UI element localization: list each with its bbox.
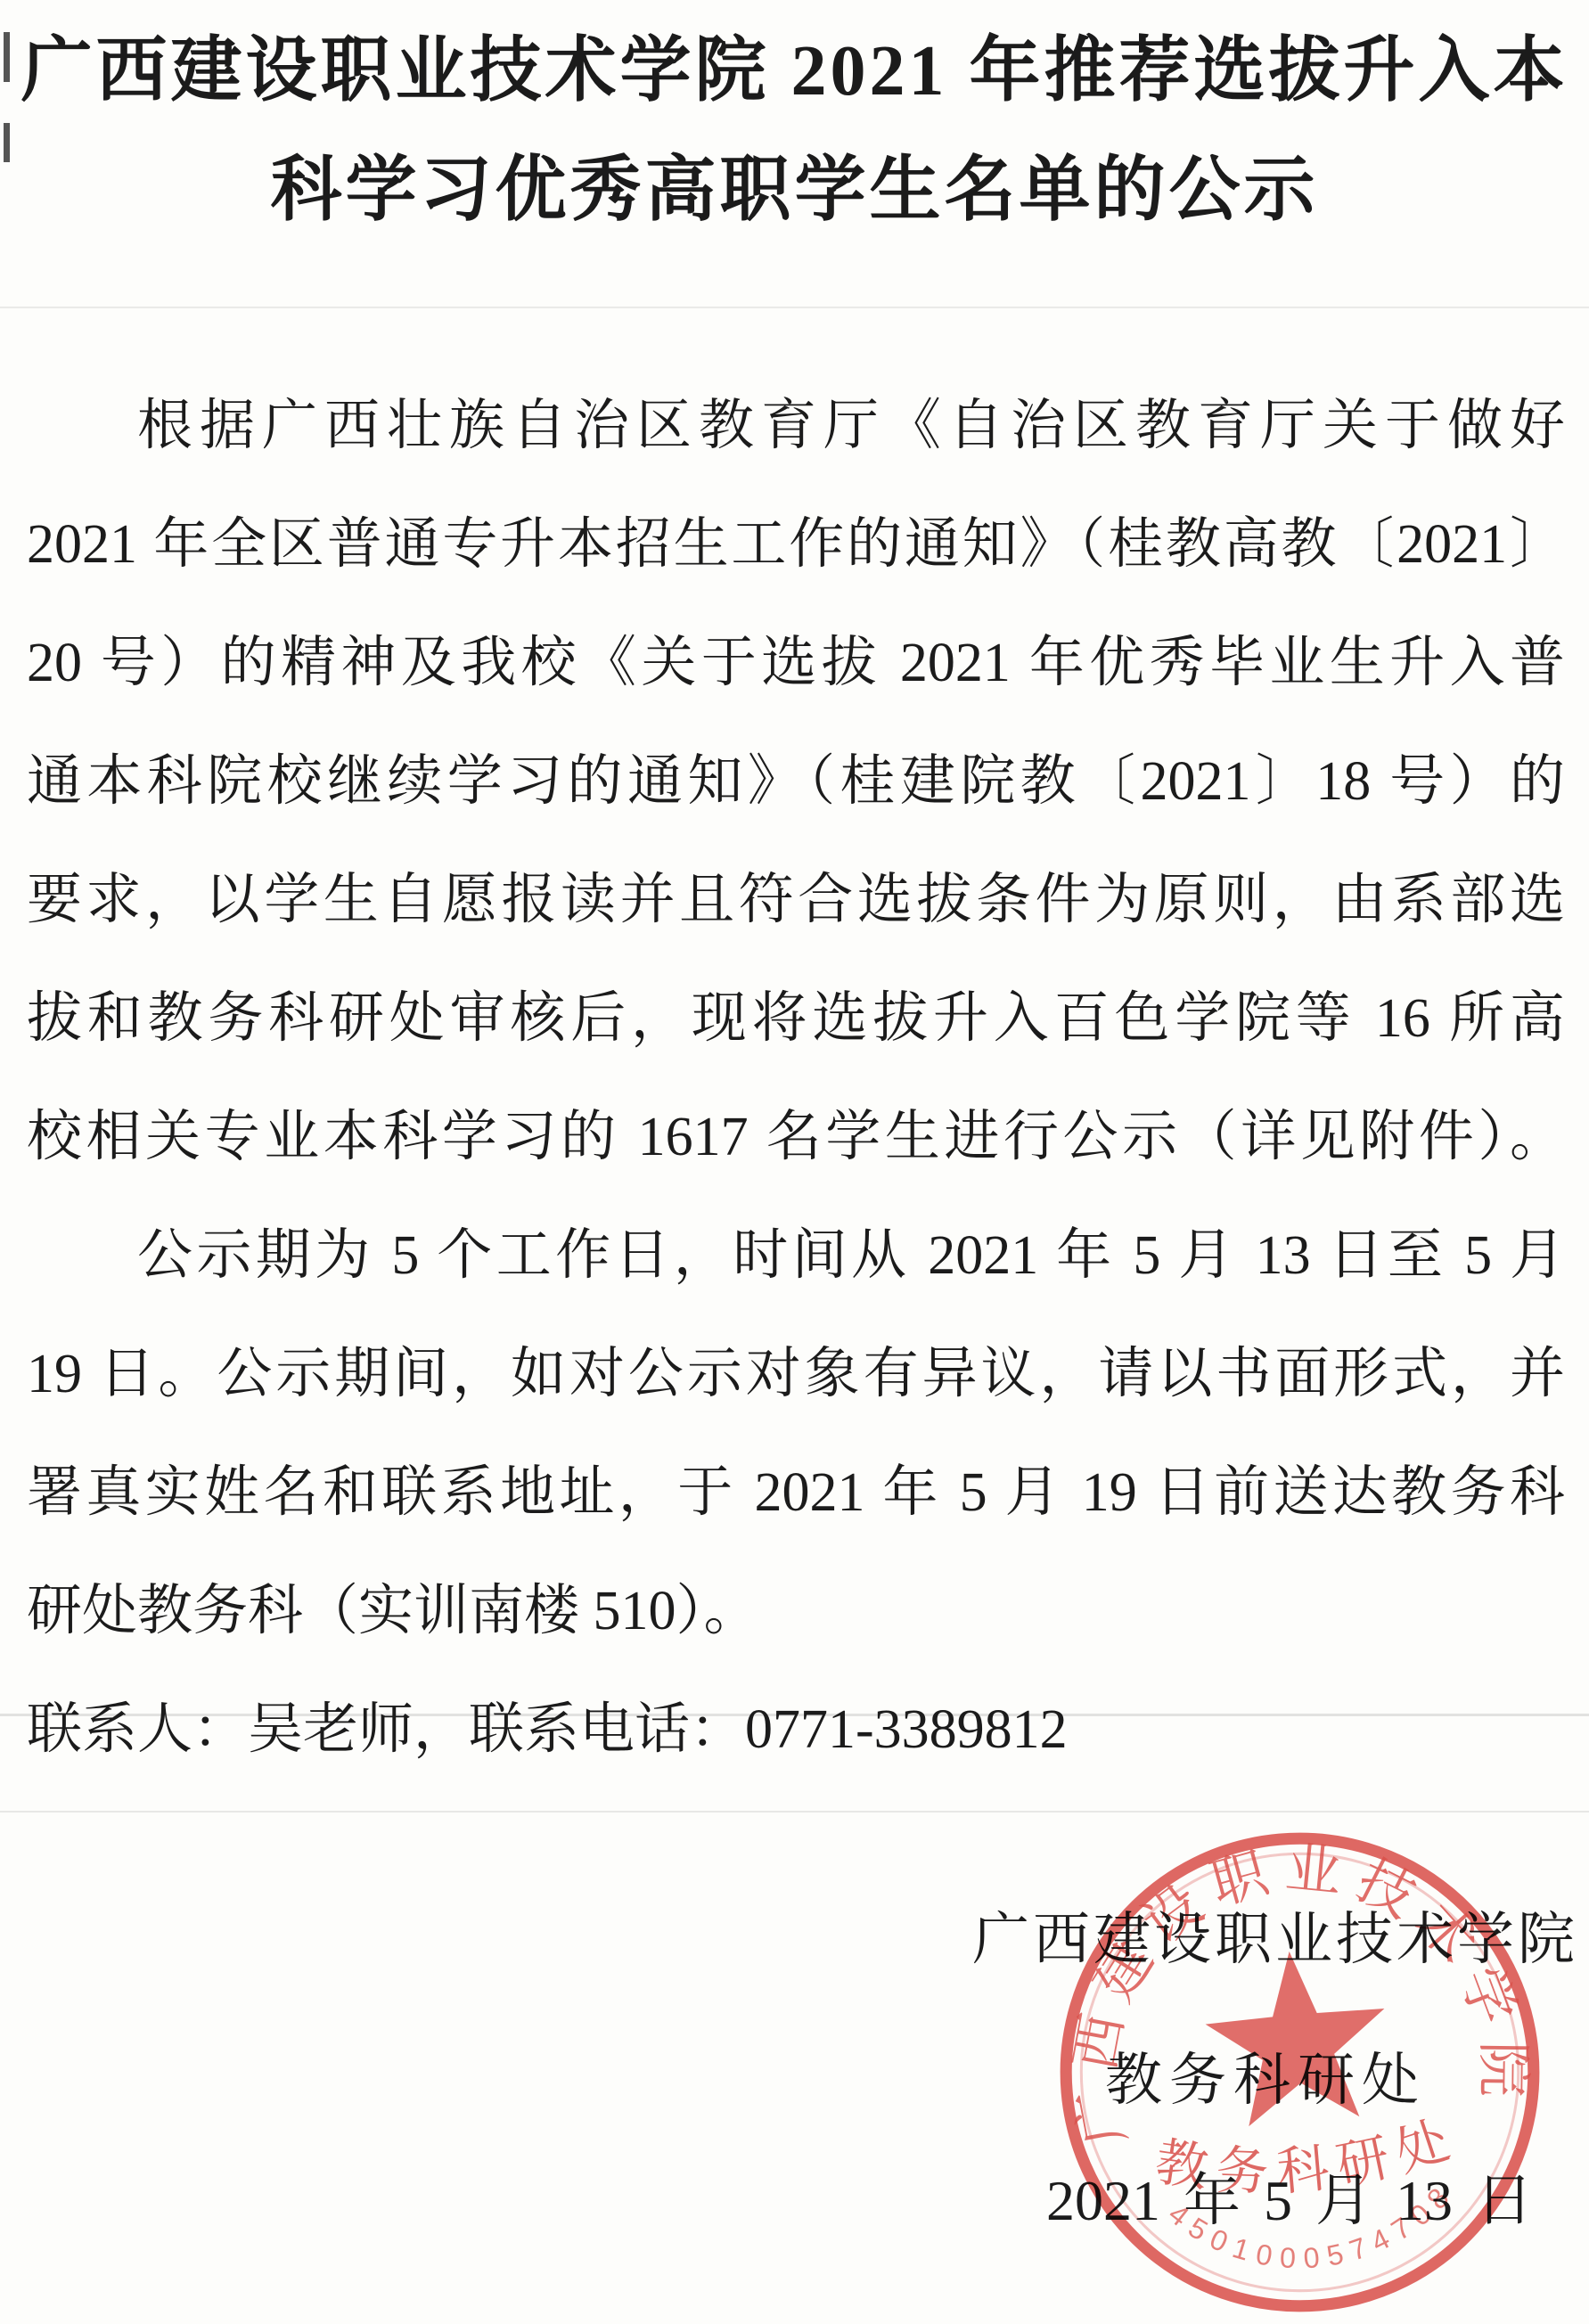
body-line: 20 号）的精神及我校《关于选拔 2021 年优秀毕业生升入普 [27, 604, 1565, 723]
official-seal: 广西建设职业技术学院 教务科研处 4501000574708 [1048, 1821, 1552, 2324]
scan-artifact-line [0, 307, 1589, 308]
seal-graphic: 广西建设职业技术学院 教务科研处 4501000574708 [1048, 1821, 1552, 2324]
body-line: 研处教务科（实训南楼 510）。 [27, 1552, 1565, 1671]
body-line: 要求，以学生自愿报读并且符合选拔条件为原则，由系部选 [27, 841, 1565, 960]
body-line: 通本科院校继续学习的通知》（桂建院教〔2021〕18 号）的 [27, 723, 1565, 841]
body-line: 公示期为 5 个工作日，时间从 2021 年 5 月 13 日至 5 月 [27, 1197, 1565, 1315]
body-line: 19 日。公示期间，如对公示对象有异议，请以书面形式，并 [27, 1315, 1565, 1434]
body-line: 署真实姓名和联系地址，于 2021 年 5 月 19 日前送达教务科 [27, 1434, 1565, 1552]
notice-document-page: 广西建设职业技术学院 2021 年推荐选拔升入本 科学习优秀高职学生名单的公示 … [0, 0, 1589, 2324]
seal-star-icon [1200, 1943, 1394, 2129]
contact-line: 联系人：吴老师，联系电话：0771-3389812 [27, 1671, 1565, 1789]
scan-artifact-line [0, 1811, 1589, 1813]
document-title-line-1: 广西建设职业技术学院 2021 年推荐选拔升入本 [0, 12, 1589, 115]
document-title-line-2: 科学习优秀高职学生名单的公示 [0, 132, 1589, 234]
body-line: 根据广西壮族自治区教育厅《自治区教育厅关于做好 [27, 367, 1565, 486]
body-line: 拔和教务科研处审核后，现将选拔升入百色学院等 16 所高 [27, 960, 1565, 1078]
body-line: 校相关专业本科学习的 1617 名学生进行公示（详见附件）。 [27, 1078, 1565, 1197]
body-line: 2021 年全区普通专升本招生工作的通知》（桂教高教〔2021〕 [27, 486, 1565, 604]
document-body: 根据广西壮族自治区教育厅《自治区教育厅关于做好 2021 年全区普通专升本招生工… [27, 367, 1565, 1789]
